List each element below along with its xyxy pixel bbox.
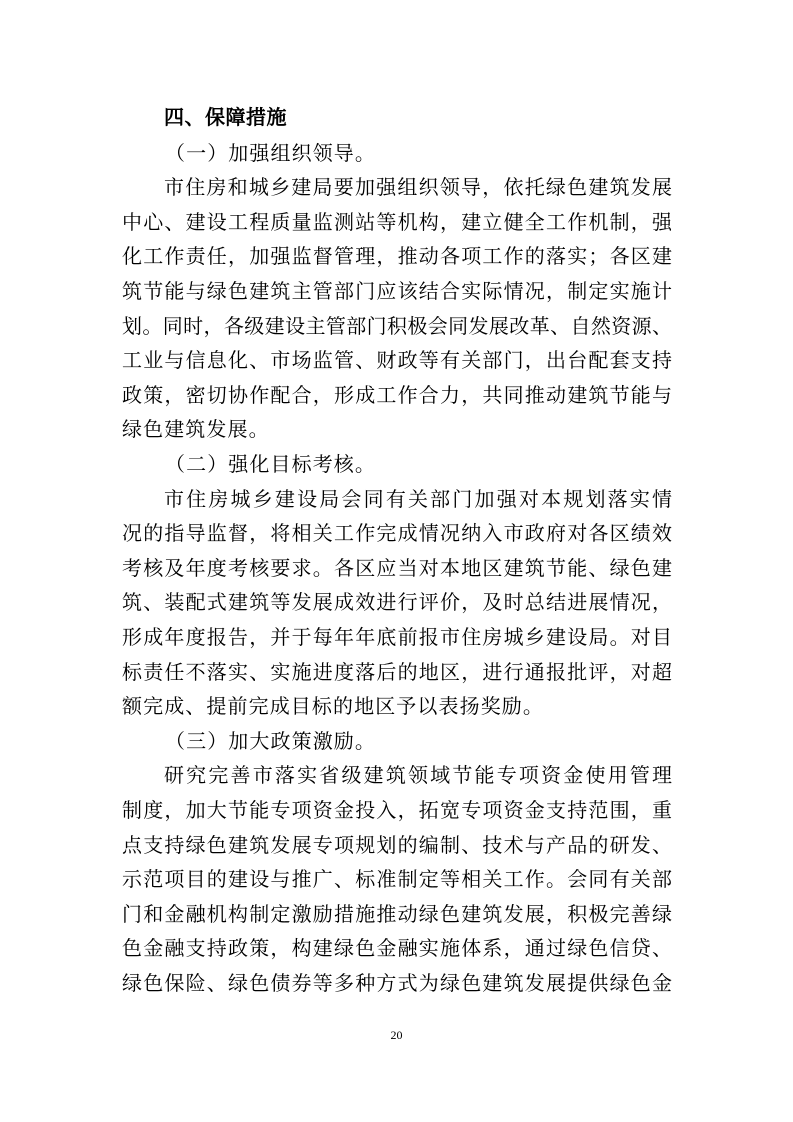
paragraph-line: 示范项目的建设与推广、标准制定等相关工作。会同有关部 bbox=[122, 862, 672, 897]
paragraph-line: 绿色建筑发展。 bbox=[122, 412, 672, 447]
subsection-heading: （三）加大政策激励。 bbox=[165, 724, 672, 759]
paragraph-line: 市住房城乡建设局会同有关部门加强对本规划落实情 bbox=[164, 482, 672, 517]
paragraph-line: 额完成、提前完成目标的地区予以表扬奖励。 bbox=[122, 689, 672, 724]
subsection-heading: （一）加强组织领导。 bbox=[165, 136, 672, 171]
paragraph-line: 工业与信息化、市场监管、财政等有关部门，出台配套支持 bbox=[122, 343, 672, 378]
paragraph-line: 制度，加大节能专项资金投入，拓宽专项资金支持范围，重 bbox=[122, 793, 672, 828]
paragraph-line: 况的指导监督，将相关工作完成情况纳入市政府对各区绩效 bbox=[122, 516, 672, 551]
subsection-heading: （二）强化目标考核。 bbox=[165, 447, 672, 482]
paragraph-line: 研究完善市落实省级建筑领域节能专项资金使用管理 bbox=[164, 758, 672, 793]
paragraph-line: 化工作责任，加强监督管理，推动各项工作的落实；各区建 bbox=[122, 239, 672, 274]
paragraph-line: 门和金融机构制定激励措施推动绿色建筑发展，积极完善绿 bbox=[122, 897, 672, 932]
paragraph-line: 点支持绿色建筑发展专项规划的编制、技术与产品的研发、 bbox=[122, 828, 672, 863]
paragraph-line: 划。同时，各级建设主管部门积极会同发展改革、自然资源、 bbox=[122, 309, 672, 344]
document-body: （一）加强组织领导。 市住房和城乡建局要加强组织领导，依托绿色建筑发展 中心、建… bbox=[122, 136, 672, 1001]
paragraph-line: 色金融支持政策，构建绿色金融实施体系，通过绿色信贷、 bbox=[122, 931, 672, 966]
paragraph-line: 标责任不落实、实施进度落后的地区，进行通报批评，对超 bbox=[122, 655, 672, 690]
paragraph-line: 筑、装配式建筑等发展成效进行评价，及时总结进展情况， bbox=[122, 585, 672, 620]
document-page: 四、保障措施 （一）加强组织领导。 市住房和城乡建局要加强组织领导，依托绿色建筑… bbox=[0, 0, 793, 1122]
paragraph-line: 形成年度报告，并于每年年底前报市住房城乡建设局。对目 bbox=[122, 620, 672, 655]
paragraph-line: 中心、建设工程质量监测站等机构，建立健全工作机制，强 bbox=[122, 205, 672, 240]
paragraph-line: 市住房和城乡建局要加强组织领导，依托绿色建筑发展 bbox=[164, 170, 672, 205]
paragraph-line: 政策，密切协作配合，形成工作合力，共同推动建筑节能与 bbox=[122, 378, 672, 413]
section-heading: 四、保障措施 bbox=[164, 100, 287, 134]
page-number: 20 bbox=[0, 1027, 793, 1043]
paragraph-line: 筑节能与绿色建筑主管部门应该结合实际情况，制定实施计 bbox=[122, 274, 672, 309]
paragraph-line: 绿色保险、绿色债券等多种方式为绿色建筑发展提供绿色金 bbox=[122, 966, 672, 1001]
paragraph-line: 考核及年度考核要求。各区应当对本地区建筑节能、绿色建 bbox=[122, 551, 672, 586]
